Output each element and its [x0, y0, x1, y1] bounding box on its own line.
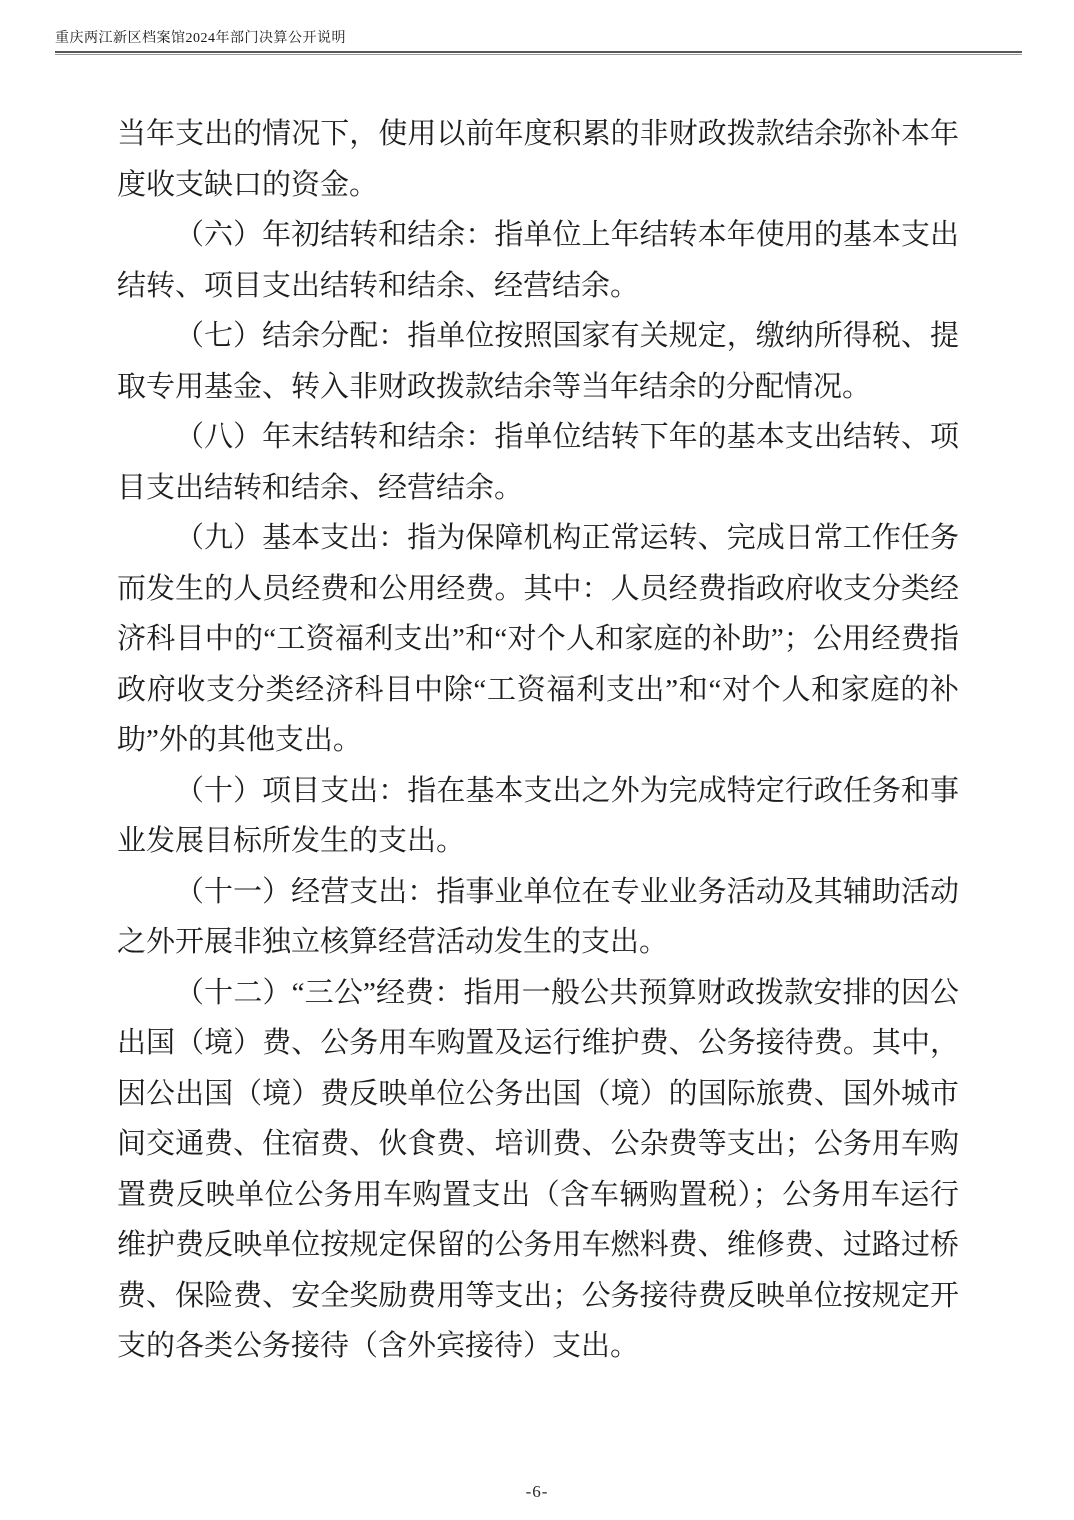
paragraph-item-12: （十二）“三公”经费：指用一般公共预算财政拨款安排的因公出国（境）费、公务用车购…	[117, 968, 959, 1372]
paragraph-item-6: （六）年初结转和结余：指单位上年结转本年使用的基本支出结转、项目支出结转和结余、…	[117, 210, 959, 311]
page-footer: -6-	[0, 1482, 1074, 1502]
header-title: 重庆两江新区档案馆2024年部门决算公开说明	[55, 30, 1022, 48]
paragraph-continuation: 当年支出的情况下，使用以前年度积累的非财政拨款结余弥补本年度收支缺口的资金。	[117, 109, 959, 210]
document-page: 重庆两江新区档案馆2024年部门决算公开说明 当年支出的情况下，使用以前年度积累…	[0, 0, 1074, 1520]
page-header: 重庆两江新区档案馆2024年部门决算公开说明	[55, 30, 1022, 55]
paragraph-item-10: （十）项目支出：指在基本支出之外为完成特定行政任务和事业发展目标所发生的支出。	[117, 766, 959, 867]
paragraph-item-9: （九）基本支出：指为保障机构正常运转、完成日常工作任务而发生的人员经费和公用经费…	[117, 513, 959, 766]
document-body: 当年支出的情况下，使用以前年度积累的非财政拨款结余弥补本年度收支缺口的资金。 （…	[117, 109, 959, 1372]
header-rule	[55, 51, 1022, 55]
paragraph-item-8: （八）年末结转和结余：指单位结转下年的基本支出结转、项目支出结转和结余、经营结余…	[117, 412, 959, 513]
paragraph-item-11: （十一）经营支出：指事业单位在专业业务活动及其辅助活动之外开展非独立核算经营活动…	[117, 867, 959, 968]
page-number: -6-	[526, 1482, 549, 1501]
paragraph-item-7: （七）结余分配：指单位按照国家有关规定，缴纳所得税、提取专用基金、转入非财政拨款…	[117, 311, 959, 412]
